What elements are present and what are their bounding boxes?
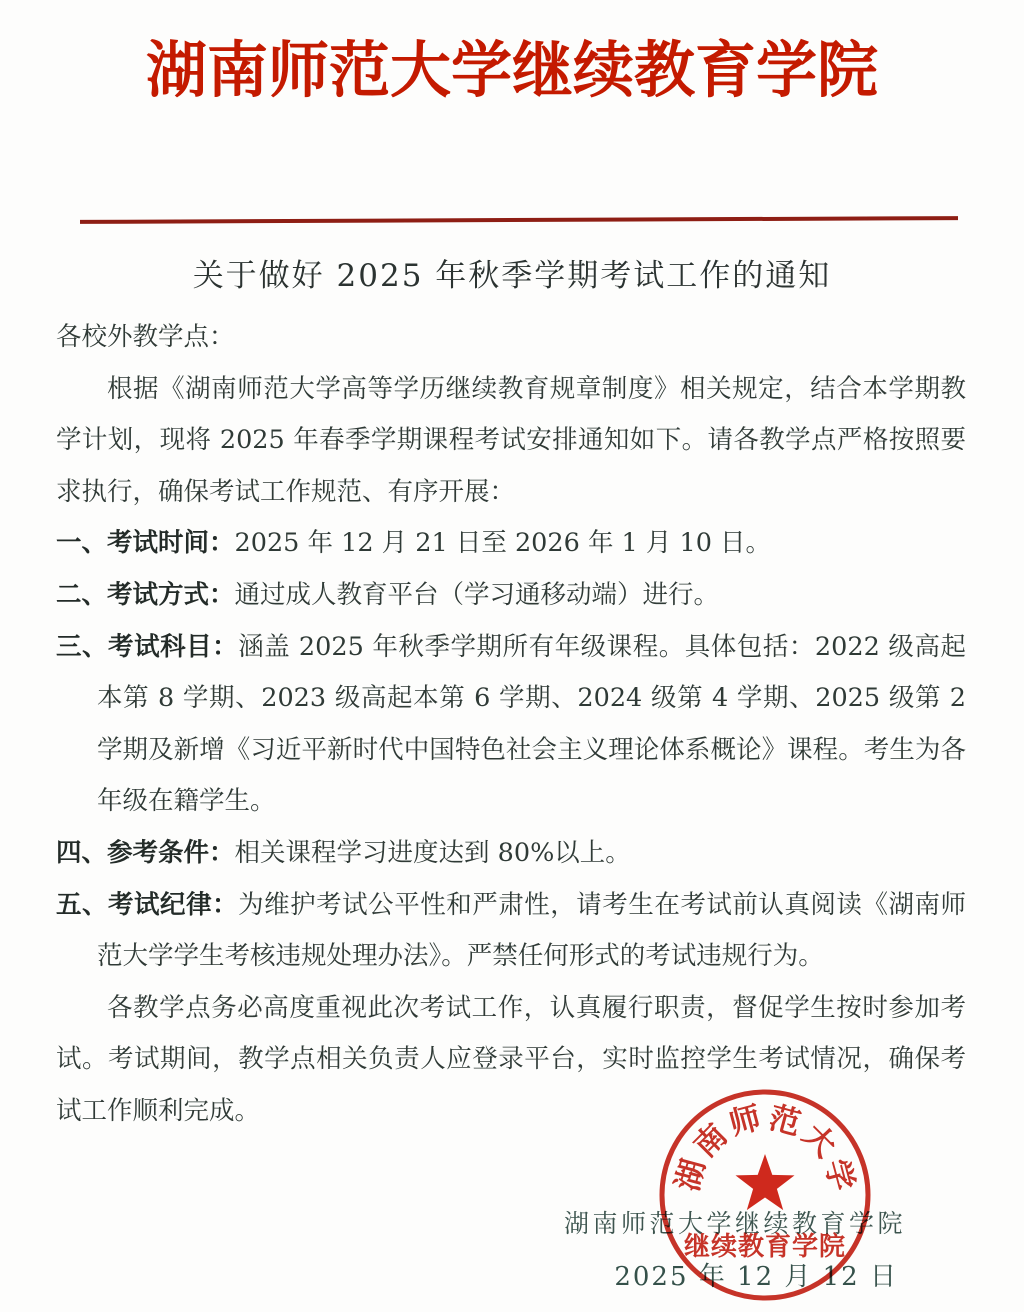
seal-arc-char: 湖 bbox=[670, 1156, 713, 1195]
item-text: 2025 年 12 月 21 日至 2026 年 1 月 10 日。 bbox=[235, 528, 772, 558]
letterhead-title: 湖南师范大学继续教育学院 bbox=[0, 22, 1024, 109]
intro-paragraph: 根据《湖南师范大学高等学历继续教育规章制度》相关规定，结合本学期教学计划，现将 … bbox=[56, 364, 966, 519]
salutation-text: 各校外教学点： bbox=[56, 312, 966, 364]
item-text: 通过成人教育平台（学习通移动端）进行。 bbox=[235, 580, 720, 610]
document-body: 各校外教学点： 根据《湖南师范大学高等学历继续教育规章制度》相关规定，结合本学期… bbox=[56, 312, 966, 1138]
item-label: 四、参考条件： bbox=[56, 838, 235, 868]
notice-item-5: 五、考试纪律：为维护考试公平性和严肃性，请考生在考试前认真阅读《湖南师范大学学生… bbox=[56, 880, 966, 983]
signature-date: 2025 年 12 月 12 日 bbox=[614, 1256, 898, 1293]
seal-star-icon bbox=[736, 1154, 795, 1210]
signature-org: 湖南师范大学继续教育学院 bbox=[564, 1204, 906, 1240]
divider-rule bbox=[80, 216, 958, 224]
item-label: 五、考试纪律： bbox=[56, 890, 238, 920]
item-text: 相关课程学习进度达到 80%以上。 bbox=[235, 838, 631, 868]
document-title: 关于做好 2025 年秋季学期考试工作的通知 bbox=[0, 250, 1024, 295]
closing-paragraph: 各教学点务必高度重视此次考试工作，认真履行职责，督促学生按时参加考试。考试期间，… bbox=[56, 983, 966, 1138]
document-page: 湖南师范大学继续教育学院 关于做好 2025 年秋季学期考试工作的通知 各校外教… bbox=[0, 0, 1024, 1312]
item-label: 二、考试方式： bbox=[56, 580, 235, 610]
item-label: 三、考试科目： bbox=[56, 632, 238, 662]
item-label: 一、考试时间： bbox=[56, 528, 235, 558]
notice-item-2: 二、考试方式：通过成人教育平台（学习通移动端）进行。 bbox=[56, 570, 966, 622]
notice-item-4: 四、参考条件：相关课程学习进度达到 80%以上。 bbox=[56, 828, 966, 880]
notice-item-3: 三、考试科目：涵盖 2025 年秋季学期所有年级课程。具体包括：2022 级高起… bbox=[56, 622, 966, 828]
seal-arc-char: 学 bbox=[817, 1156, 860, 1195]
notice-item-1: 一、考试时间：2025 年 12 月 21 日至 2026 年 1 月 10 日… bbox=[56, 518, 966, 570]
